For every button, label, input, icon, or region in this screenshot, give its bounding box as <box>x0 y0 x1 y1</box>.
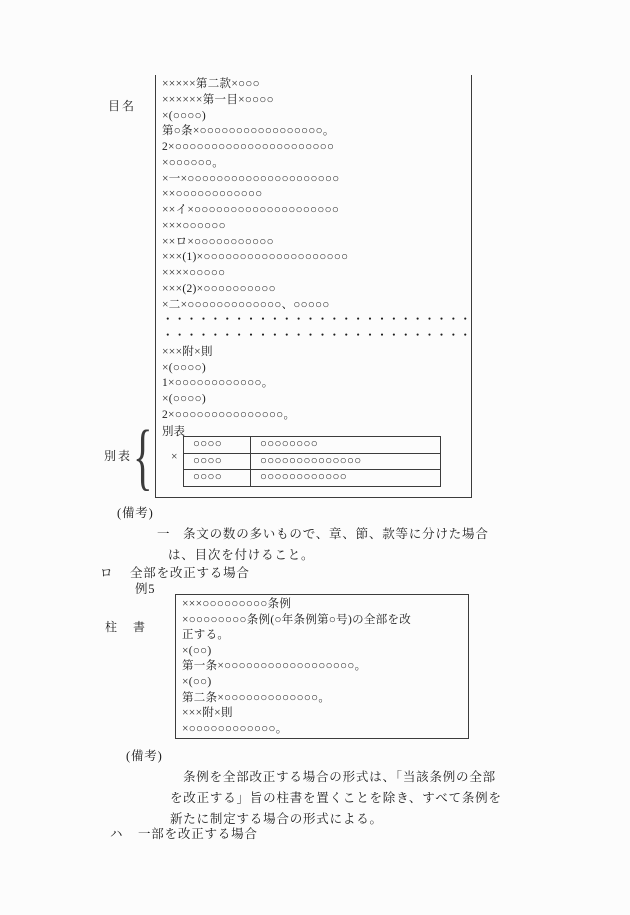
bikou-label: (備考) <box>126 746 163 764</box>
bikou-label: (備考) <box>117 503 154 521</box>
note-line: 条文の数の多いもので、章、節、款等に分けた場合 <box>183 524 489 542</box>
document-line: ×××附×則 <box>182 706 411 722</box>
document-line: ××ロ×○○○○○○○○○○○ <box>162 235 471 251</box>
example-label: 例5 <box>135 579 155 597</box>
table-cell: ○○○○○○○○○○○○○○ <box>251 454 440 470</box>
ellipsis-line: ・・・・・・・・・・・・・・・・・・・・・・・・・・ <box>162 313 471 329</box>
document-line: ×一×○○○○○○○○○○○○○○○○○○○○○ <box>162 172 471 188</box>
table-cell: ○○○○○○○○ <box>251 437 440 453</box>
document-line: 2×○○○○○○○○○○○○○○○○○○○○○○ <box>162 140 471 156</box>
example5-text: ×××○○○○○○○○○条例 ×○○○○○○○○条例(○年条例第○号)の全部を改… <box>182 597 411 737</box>
mokumei-side-label: 目名 <box>108 97 136 114</box>
document-line: ×(○○○○) <box>162 109 471 125</box>
table-row: ○○○○ ○○○○○○○○ <box>184 437 440 453</box>
section-ha-title: 一部を改正する場合 <box>138 824 258 842</box>
hashiragaki-side-label: 柱 書 <box>105 618 147 635</box>
document-line: ×○○○○○○。 <box>162 156 471 172</box>
beppyo-side-label: 別表 <box>104 447 132 464</box>
document-line: 第○条×○○○○○○○○○○○○○○○○○。 <box>162 124 471 140</box>
document-line: ×××○○○○○○ <box>162 219 471 235</box>
document-line: ×××(2)×○○○○○○○○○○ <box>162 282 471 298</box>
document-line: 2×○○○○○○○○○○○○○○○。 <box>162 408 471 424</box>
document-page: 目名 別表 { ×××××第二款×○○○ ××××××第一目×○○○○ ×(○○… <box>0 0 630 915</box>
note-line: を改正する」旨の柱書を置くことを除き、すべて条例を <box>170 788 502 806</box>
document-line: 1×○○○○○○○○○○○○。 <box>162 376 471 392</box>
document-line: ×(○○) <box>182 644 411 660</box>
document-line: ×××××第二款×○○○ <box>162 77 471 93</box>
ordinance-example-text: ×××××第二款×○○○ ××××××第一目×○○○○ ×(○○○○) 第○条×… <box>162 77 471 424</box>
document-line: 第一条×○○○○○○○○○○○○○○○○○○。 <box>182 659 411 675</box>
document-line: ×(○○○○) <box>162 392 471 408</box>
table-x-mark: × <box>171 451 178 463</box>
table-row: ○○○○ ○○○○○○○○○○○○ <box>184 469 440 486</box>
document-line: ×××(1)×○○○○○○○○○○○○○○○○○○○○ <box>162 250 471 266</box>
document-line: ××○○○○○○○○○○○○ <box>162 187 471 203</box>
table-cell: ○○○○ <box>184 454 251 470</box>
document-line: ×二×○○○○○○○○○○○○○、○○○○○ <box>162 298 471 314</box>
table-cell: ○○○○ <box>184 437 251 453</box>
document-line: ×○○○○○○○○条例(○年条例第○号)の全部を改 <box>182 613 411 629</box>
document-line: ××××××第一目×○○○○ <box>162 93 471 109</box>
document-line: ××××○○○○○ <box>162 266 471 282</box>
table-row: ○○○○ ○○○○○○○○○○○○○○ <box>184 453 440 470</box>
table-cell: ○○○○○○○○○○○○ <box>251 470 440 486</box>
document-line: 第二条×○○○○○○○○○○○○○。 <box>182 691 411 707</box>
ellipsis-line: ・・・・・・・・・・・・・・・・・・・・・・・・・・ <box>162 329 471 345</box>
table-cell: ○○○○ <box>184 470 251 486</box>
document-line: ×○○○○○○○○○○○○。 <box>182 722 411 738</box>
note-line: 条例を全部改正する場合の形式は、「当該条例の全部 <box>183 767 496 785</box>
note-item-marker: 一 <box>157 524 170 542</box>
section-ha-marker: ハ <box>110 824 123 842</box>
document-line: ×(○○○○) <box>162 361 471 377</box>
document-line: ×(○○) <box>182 675 411 691</box>
document-line: 正する。 <box>182 628 411 644</box>
document-line: ×××○○○○○○○○○条例 <box>182 597 411 613</box>
document-line: ×××附×則 <box>162 345 471 361</box>
beppyo-inner-label: 別表 <box>162 423 185 439</box>
beppyo-brace: { <box>133 419 153 495</box>
section-ro-marker: ロ <box>100 563 113 581</box>
document-line: ××イ×○○○○○○○○○○○○○○○○○○○○ <box>162 203 471 219</box>
beppyo-table: ○○○○ ○○○○○○○○ ○○○○ ○○○○○○○○○○○○○○ ○○○○ ○… <box>183 436 441 487</box>
note-line: は、目次を付けること。 <box>168 545 314 563</box>
